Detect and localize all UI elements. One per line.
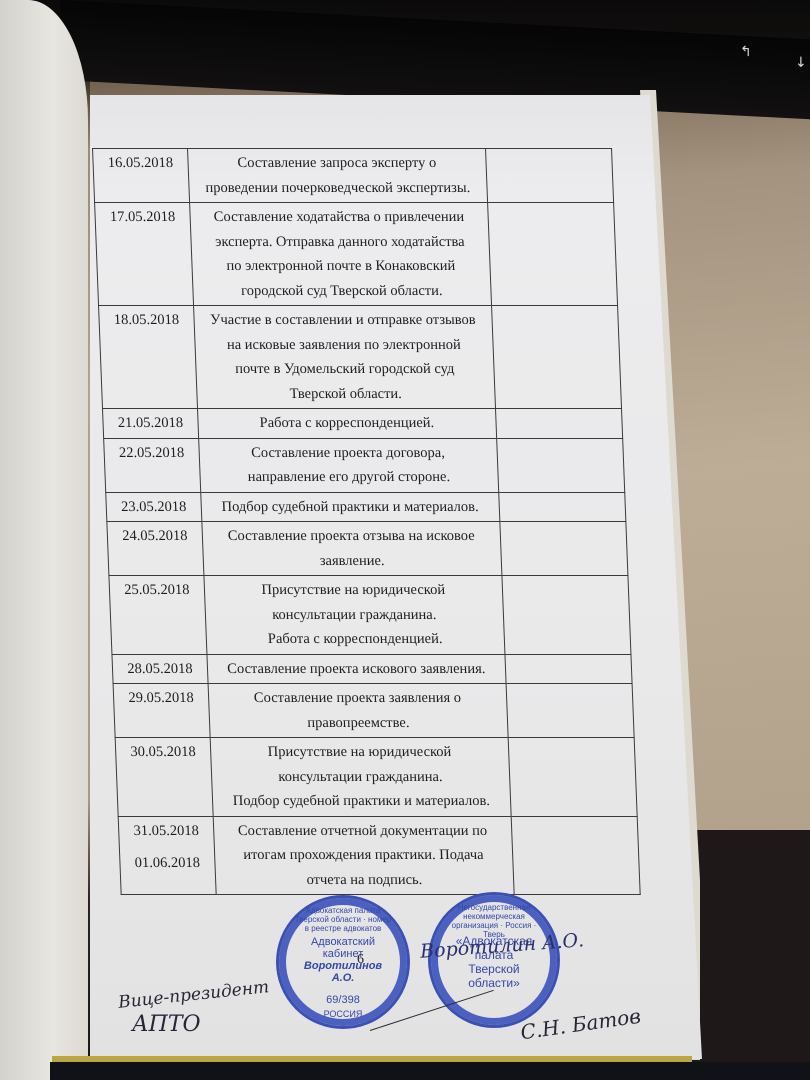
activity-line: по электронной почте в Конаковский [196, 254, 486, 279]
signature-cell [502, 576, 631, 655]
date-cell: 17.05.2018 [95, 203, 194, 306]
signature-cell [500, 522, 628, 576]
date-text: 25.05.2018 [114, 578, 201, 603]
stamp-ring-text: Адвокатская палата Тверской области · но… [279, 906, 407, 933]
table-row: 29.05.2018Составление проекта заявления … [113, 684, 634, 738]
activity-line: Участие в составлении и отправке отзывов [198, 308, 488, 333]
activity-cell: Составление проекта отзыва на исковоезая… [202, 522, 502, 576]
activity-line: эксперта. Отправка данного ходатайства [195, 230, 485, 255]
table-row: 18.05.2018Участие в составлении и отправ… [99, 306, 622, 409]
activity-line: на исковые заявления по электронной [199, 333, 489, 358]
page-number: 6 [357, 952, 364, 968]
signature-cell [508, 738, 637, 817]
arrow-down-key-icon: ↓ [795, 55, 807, 72]
signature-cell [485, 149, 613, 203]
date-cell: 24.05.2018 [107, 522, 204, 576]
activity-line: Подбор судебной практики и материалов. [205, 495, 495, 520]
date-cell: 30.05.2018 [115, 738, 213, 817]
activity-line: почте в Удомельский городской суд [200, 357, 490, 382]
activity-line: проведении почерковедческой экспертизы. [193, 176, 483, 201]
table-row: 28.05.2018Составление проекта искового з… [112, 654, 632, 684]
stamp-line: области» [431, 977, 557, 989]
activity-cell: Составление отчетной документации поитог… [213, 816, 514, 895]
date-text: 29.05.2018 [118, 686, 205, 711]
stamp-line: А.О. [279, 972, 407, 984]
practice-log-table: 16.05.2018Составление запроса эксперту о… [92, 148, 641, 895]
activity-cell: Работа с корреспонденцией. [197, 409, 496, 439]
date-cell: 29.05.2018 [113, 684, 210, 738]
activity-line: отчета на подпись. [219, 868, 509, 893]
date-cell: 23.05.2018 [106, 492, 202, 522]
date-text: 17.05.2018 [99, 205, 186, 230]
stamp-line: Воротилинов [279, 960, 407, 972]
activity-cell: Присутствие на юридическойконсультации г… [210, 738, 511, 817]
activity-line: Составление отчетной документации по [218, 819, 508, 844]
activity-line: Работа с корреспонденцией. [210, 627, 500, 652]
return-key-icon: ↰ [740, 44, 752, 61]
activity-line: заявление. [207, 549, 497, 574]
activity-line: Составление проекта искового заявления. [211, 657, 501, 682]
date-text: 01.06.2018 [124, 851, 211, 876]
signature-cell [487, 203, 617, 306]
activity-line: Работа с корреспонденцией. [202, 411, 492, 436]
activity-cell: Участие в составлении и отправке отзывов… [193, 306, 495, 409]
date-text: 21.05.2018 [107, 411, 194, 436]
stamp-country: РОССИЯ [279, 1008, 407, 1020]
date-cell: 22.05.2018 [104, 438, 201, 492]
activity-line: Составление запроса эксперту о [192, 151, 482, 176]
table-row: 16.05.2018Составление запроса эксперту о… [93, 149, 614, 203]
table-row: 30.05.2018Присутствие на юридическойконс… [115, 738, 637, 817]
date-cell: 28.05.2018 [112, 654, 208, 684]
activity-line: Присутствие на юридической [215, 740, 505, 765]
stamp-registry-number: 69/398 [279, 994, 407, 1006]
handwritten-org: АПТО [132, 1012, 201, 1037]
table-row: 25.05.2018Присутствие на юридическойконс… [109, 576, 631, 655]
desk-shadow [690, 830, 810, 1080]
activity-line: Составление ходатайства о привлечении [194, 205, 484, 230]
activity-line: Тверской области. [201, 382, 491, 407]
signature-cell [496, 438, 624, 492]
signature-cell [498, 492, 625, 522]
activity-line: Присутствие на юридической [208, 578, 498, 603]
date-cell: 16.05.2018 [93, 149, 190, 203]
signature-cell [491, 306, 621, 409]
date-text: 18.05.2018 [103, 308, 190, 333]
activity-cell: Составление проекта заявления оправопрее… [208, 684, 508, 738]
table-row: 31.05.201801.06.2018Составление отчетной… [118, 816, 640, 895]
activity-line: городской суд Тверской области. [197, 279, 487, 304]
activity-cell: Подбор судебной практики и материалов. [201, 492, 500, 522]
stamp-line: кабинет [279, 948, 407, 960]
table-row: 21.05.2018Работа с корреспонденцией. [103, 409, 623, 439]
signature-cell [495, 409, 622, 439]
table-row: 23.05.2018Подбор судебной практики и мат… [106, 492, 626, 522]
stamp-line: Тверской [431, 963, 557, 975]
table-edge [50, 1062, 810, 1080]
date-text: 22.05.2018 [108, 441, 195, 466]
date-text: 24.05.2018 [111, 524, 198, 549]
stamp-advocate-office: Адвокатская палата Тверской области · но… [276, 895, 410, 1029]
activity-cell: Составление запроса эксперту опроведении… [187, 149, 487, 203]
activity-line: итогам прохождения практики. Подача [219, 843, 509, 868]
signature-cell [505, 654, 632, 684]
signature-cell [511, 816, 640, 895]
date-cell: 31.05.201801.06.2018 [118, 816, 216, 895]
date-cell: 21.05.2018 [103, 409, 199, 439]
date-text: 31.05.2018 [123, 819, 210, 844]
activity-line: Составление проекта договора, [203, 441, 493, 466]
activity-line: Составление проекта заявления о [213, 686, 503, 711]
date-text: 30.05.2018 [120, 740, 207, 765]
activity-cell: Присутствие на юридическойконсультации г… [204, 576, 505, 655]
table-row: 22.05.2018Составление проекта договора,н… [104, 438, 625, 492]
activity-line: правопреемстве. [213, 711, 503, 736]
table-row: 24.05.2018Составление проекта отзыва на … [107, 522, 628, 576]
date-cell: 25.05.2018 [109, 576, 207, 655]
stamp-line: Адвокатский [279, 936, 407, 948]
activity-cell: Составление проекта договора,направление… [199, 438, 499, 492]
date-cell: 18.05.2018 [99, 306, 198, 409]
activity-line: консультации гражданина. [209, 603, 499, 628]
table-row: 17.05.2018Составление ходатайства о прив… [95, 203, 618, 306]
date-text: 28.05.2018 [117, 657, 204, 682]
activity-cell: Составление проекта искового заявления. [207, 654, 506, 684]
signature-cell [506, 684, 634, 738]
date-text: 23.05.2018 [110, 495, 197, 520]
activity-line: направление его другой стороне. [204, 465, 494, 490]
activity-line: консультации гражданина. [216, 765, 506, 790]
date-text: 16.05.2018 [97, 151, 184, 176]
activity-cell: Составление ходатайства о привлеченииэкс… [189, 203, 491, 306]
activity-line: Составление проекта отзыва на исковое [206, 524, 496, 549]
binder-left-page [0, 0, 88, 1080]
activity-line: Подбор судебной практики и материалов. [216, 789, 506, 814]
